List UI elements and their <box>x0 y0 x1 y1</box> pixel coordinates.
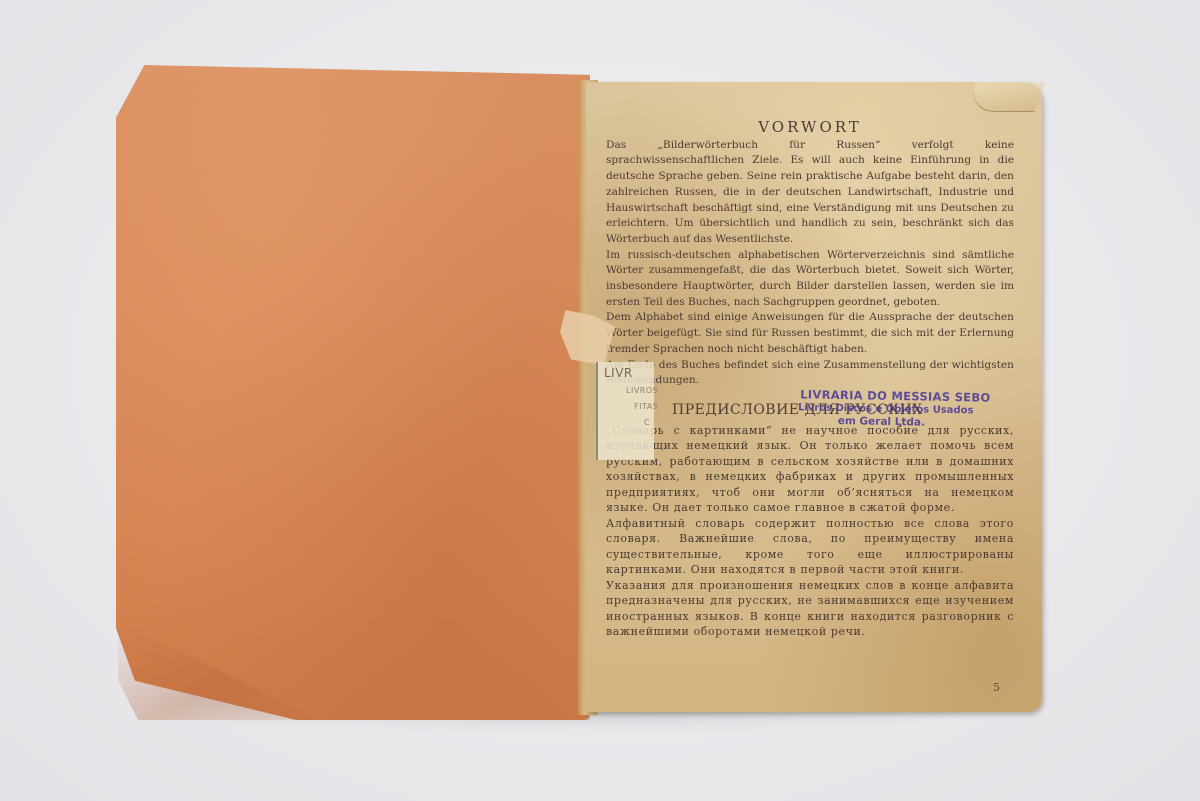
russian-paragraph: „Словарь с картинками“ не научное пособи… <box>606 423 1014 516</box>
german-paragraph: Im russisch-deutschen alphabetischen Wör… <box>606 248 1014 311</box>
sticker-text: LIVR <box>604 366 633 380</box>
sticker-text: LIVROS <box>626 386 658 395</box>
sticker-text: C <box>644 418 650 427</box>
page-number: 5 <box>993 681 1000 694</box>
german-paragraph: Am Ende des Buches befindet sich eine Zu… <box>606 358 1014 389</box>
german-paragraph: Dem Alphabet sind einige Anweisungen für… <box>606 310 1014 357</box>
page-text-block: VORWORT Das „Bilderwörterbuch für Russen… <box>606 120 1014 640</box>
stamp-line: Livros Discos e Objetos Usados <box>798 402 990 416</box>
russian-paragraph: Алфавитный словарь содержит полностью вс… <box>606 516 1014 578</box>
title-vorwort: VORWORT <box>606 120 1014 136</box>
page-corner-curl <box>965 82 1046 112</box>
russian-paragraph: Указания для произношения немецких слов … <box>606 578 1014 640</box>
bookshop-stamp: LIVRARIA DO MESSIAS SEBO Livros Discos e… <box>800 387 991 429</box>
photo-scene: VORWORT Das „Bilderwörterbuch für Russen… <box>0 0 1200 801</box>
sticker-text: FITAS <box>634 402 658 411</box>
bookshop-sticker: LIVR LIVROS FITAS C <box>596 362 654 460</box>
german-paragraph: Das „Bilderwörterbuch für Russen“ verfol… <box>606 138 1014 248</box>
book-inside-cover <box>116 65 590 720</box>
